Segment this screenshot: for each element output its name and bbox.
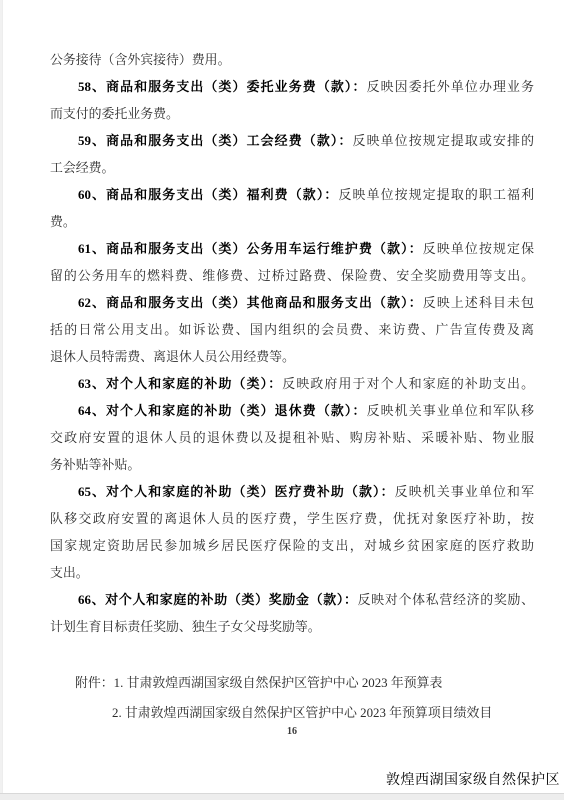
text-line: 队移交政府安置的离退休人员的医疗费，学生医疗费，优抚对象医疗补助，按 <box>50 506 534 533</box>
text-line: 58、商品和服务支出（类）委托业务费（款）：反映因委托外单位办理业务 <box>50 74 534 101</box>
attachments-label: 附件： <box>75 676 114 690</box>
clause-title: 64、对个人和家庭的补助（类）退休费（款）： <box>78 404 367 418</box>
text-line: 务补贴等补贴。 <box>50 452 534 479</box>
text-line: 60、商品和服务支出（类）福利费（款）：反映单位按规定提取的职工福利 <box>50 182 534 209</box>
clause-text: 交政府安置的退休人员的退休费以及提租补贴、购房补贴、采暖补贴、物业服 <box>50 431 534 445</box>
clause-text: 留的公务用车的燃料费、维修费、过桥过路费、保险费、安全奖励费用等支出。 <box>50 269 534 283</box>
text-line: 66、对个人和家庭的补助（类）奖励金（款）：反映对个体私营经济的奖励、 <box>50 587 534 614</box>
text-line: 62、商品和服务支出（类）其他商品和服务支出（款）：反映上述科目未包 <box>50 290 534 317</box>
text-line: 61、商品和服务支出（类）公务用车运行维护费（款）：反映单位按规定保 <box>50 236 534 263</box>
clause-title: 65、对个人和家庭的补助（类）医疗费补助（款）： <box>78 485 395 499</box>
clause-text: 反映上述科目未包 <box>423 296 534 310</box>
text-line: 59、商品和服务支出（类）工会经费（款）：反映单位按规定提取或安排的 <box>50 128 534 155</box>
clause-text: 队移交政府安置的离退休人员的医疗费，学生医疗费，优抚对象医疗补助，按 <box>50 512 534 526</box>
clause-text: 反映单位按规定提取或安排的 <box>353 134 534 148</box>
document-page: 公务接待（含外宾接待）费用。58、商品和服务支出（类）委托业务费（款）：反映因委… <box>0 0 564 800</box>
text-line: 留的公务用车的燃料费、维修费、过桥过路费、保险费、安全奖励费用等支出。 <box>50 263 534 290</box>
clause-text: 反映单位按规定保 <box>423 242 534 256</box>
text-line: 国家规定资助居民参加城乡居民医疗保险的支出，对城乡贫困家庭的医疗救助 <box>50 533 534 560</box>
text-line: 计划生育目标责任奖励、独生子女父母奖励等。 <box>50 614 534 641</box>
text-line: 费。 <box>50 209 534 236</box>
text-line: 65、对个人和家庭的补助（类）医疗费补助（款）：反映机关事业单位和军 <box>50 479 534 506</box>
attachments-block: 附件：1. 甘肃敦煌西湖国家级自然保护区管护中心 2023 年预算表 2. 甘肃… <box>50 668 534 728</box>
clause-text: 括的日常公用支出。如诉讼费、国内组织的会员费、来访费、广告宣传费及离 <box>50 323 534 337</box>
text-line: 退休人员特需费、离退休人员公用经费等。 <box>50 344 534 371</box>
clause-text: 公务接待（含外宾接待）费用。 <box>50 53 230 67</box>
clause-text: 反映单位按规定提取的职工福利 <box>338 188 534 202</box>
attachment-line: 附件：1. 甘肃敦煌西湖国家级自然保护区管护中心 2023 年预算表 <box>50 668 534 698</box>
text-line: 63、对个人和家庭的补助（类）：反映政府用于对个人和家庭的补助支出。 <box>50 371 534 398</box>
text-line: 公务接待（含外宾接待）费用。 <box>50 47 534 74</box>
text-line: 交政府安置的退休人员的退休费以及提租补贴、购房补贴、采暖补贴、物业服 <box>50 425 534 452</box>
clause-text: 务补贴等补贴。 <box>50 458 140 472</box>
clause-title: 63、对个人和家庭的补助（类）： <box>78 377 282 391</box>
clause-title: 60、商品和服务支出（类）福利费（款）： <box>78 188 338 202</box>
clause-text: 费。 <box>50 215 76 229</box>
clause-text: 反映政府用于对个人和家庭的补助支出。 <box>282 377 534 391</box>
clause-text: 退休人员特需费、离退休人员公用经费等。 <box>50 350 295 364</box>
text-line: 括的日常公用支出。如诉讼费、国内组织的会员费、来访费、广告宣传费及离 <box>50 317 534 344</box>
page-number: 16 <box>50 726 534 737</box>
clause-title: 66、对个人和家庭的补助（类）奖励金（款）： <box>78 593 358 607</box>
clause-text: 国家规定资助居民参加城乡居民医疗保险的支出，对城乡贫困家庭的医疗救助 <box>50 539 534 553</box>
attachment-line: 2. 甘肃敦煌西湖国家级自然保护区管护中心 2023 年预算项目绩效目 <box>50 698 534 728</box>
watermark-label: 敦煌西湖国家级自然保护区 <box>386 769 560 789</box>
text-line: 支出。 <box>50 560 534 587</box>
clause-text: 计划生育目标责任奖励、独生子女父母奖励等。 <box>50 620 321 634</box>
text-line: 64、对个人和家庭的补助（类）退休费（款）：反映机关事业单位和军队移 <box>50 398 534 425</box>
clause-title: 58、商品和服务支出（类）委托业务费（款）： <box>78 80 367 94</box>
viewer-bottom-edge <box>0 793 564 800</box>
clause-title: 59、商品和服务支出（类）工会经费（款）： <box>78 134 353 148</box>
clause-title: 61、商品和服务支出（类）公务用车运行维护费（款）： <box>78 242 423 256</box>
text-line: 工会经费。 <box>50 155 534 182</box>
document-body: 公务接待（含外宾接待）费用。58、商品和服务支出（类）委托业务费（款）：反映因委… <box>50 47 534 728</box>
attachment-item: 2. 甘肃敦煌西湖国家级自然保护区管护中心 2023 年预算项目绩效目 <box>112 706 492 720</box>
page-left-edge <box>0 0 3 800</box>
document-text: 公务接待（含外宾接待）费用。58、商品和服务支出（类）委托业务费（款）：反映因委… <box>50 47 534 641</box>
clause-text: 反映对个体私营经济的奖励、 <box>358 593 534 607</box>
clause-text: 反映机关事业单位和军队移 <box>367 404 534 418</box>
clause-text: 支出。 <box>50 566 89 580</box>
clause-text: 而支付的委托业务费。 <box>50 107 179 121</box>
clause-text: 反映因委托外单位办理业务 <box>367 80 534 94</box>
clause-title: 62、商品和服务支出（类）其他商品和服务支出（款）： <box>78 296 423 310</box>
attachment-item: 1. 甘肃敦煌西湖国家级自然保护区管护中心 2023 年预算表 <box>114 676 443 690</box>
clause-text: 工会经费。 <box>50 161 114 175</box>
clause-text: 反映机关事业单位和军 <box>395 485 534 499</box>
text-line: 而支付的委托业务费。 <box>50 101 534 128</box>
